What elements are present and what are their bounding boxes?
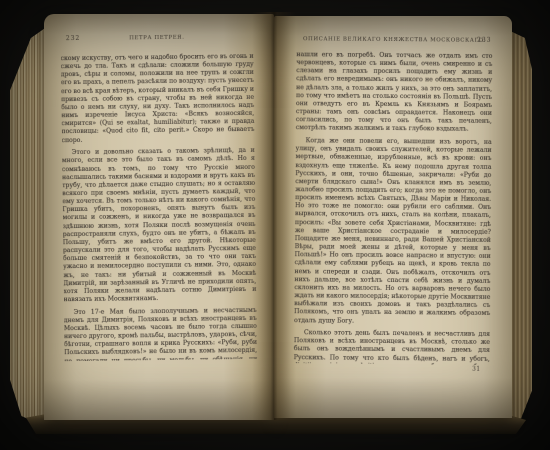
left-running-head-row: 232 ПЕТРА ПЕТРЕЯ. [42, 33, 272, 48]
right-running-head: ОПИСАНІЕ ВЕЛИКАГО КНЯЖЕСТВА МОСКОВСКАГО. [303, 35, 486, 44]
body-paragraph: скому искуству, отъ чего и надобно броси… [61, 53, 255, 145]
body-paragraph: Это 17-е Мая было злополучнымъ и несчаст… [64, 307, 258, 362]
right-page-text: нашли его въ погребѣ. Онъ тотчасъ же отд… [294, 51, 493, 365]
body-paragraph: Этого и довольно сказать о такомъ зрѣлищ… [62, 147, 257, 304]
left-page-text: скому искуству, отъ чего и надобно броси… [61, 53, 258, 361]
body-paragraph: Когда же они повели его, вышедши изъ вор… [294, 137, 492, 326]
body-paragraph: Сколько этотъ день былъ печаленъ и несча… [294, 329, 490, 365]
left-page: 232 ПЕТРА ПЕТРЕЯ. скому искуству, отъ че… [44, 14, 274, 420]
open-book: 232 ПЕТРА ПЕТРЕЯ. скому искуству, отъ че… [0, 0, 550, 450]
photo-background: 232 ПЕТРА ПЕТРЕЯ. скому искуству, отъ че… [0, 0, 550, 450]
left-page-surface: 232 ПЕТРА ПЕТРЕЯ. скому искуству, отъ че… [42, 13, 277, 422]
body-paragraph: нашли его въ погребѣ. Онъ тотчасъ же отд… [296, 51, 493, 134]
signature-mark: 31 [472, 366, 481, 373]
right-page-number: 233 [477, 37, 492, 44]
right-page: ОПИСАНІЕ ВЕЛИКАГО КНЯЖЕСТВА МОСКОВСКАГО.… [274, 16, 512, 418]
right-running-head-row: ОПИСАНІЕ ВЕЛИКАГО КНЯЖЕСТВА МОСКОВСКАГО.… [275, 35, 513, 49]
left-page-number: 232 [66, 35, 81, 42]
right-page-surface: ОПИСАНІЕ ВЕЛИКАГО КНЯЖЕСТВА МОСКОВСКАГО.… [272, 15, 513, 419]
left-running-head: ПЕТРА ПЕТРЕЯ. [129, 34, 184, 42]
